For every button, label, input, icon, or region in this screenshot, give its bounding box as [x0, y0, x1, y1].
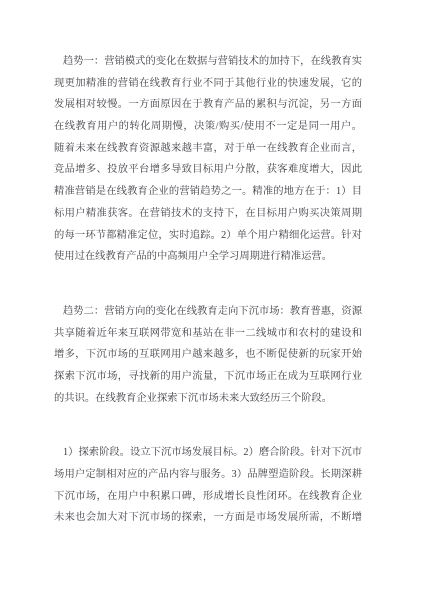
- paragraph-trend-1: 趋势一：营销模式的变化在数据与营销技术的加持下，在线教育实现更加精准的营销在线教…: [54, 51, 362, 268]
- text-line: 现更加精准的营销在线教育行业不同于其他行业的快速发展，它的: [54, 73, 362, 95]
- text-line: 的每一环节都精准定位，实时追踪。2）单个用户精细化运营。针对: [54, 225, 362, 247]
- text-line: 在线教育用户的转化周期慢，决策/购买/使用不一定是同一用户。: [54, 116, 362, 138]
- text-line: 使用过在线教育产品的中高频用户全学习周期进行精准运营。: [54, 246, 362, 268]
- text-line: 增多，下沉市场的互联网用户越来越多，也不断促使新的玩家开始: [54, 344, 362, 366]
- text-line: 精准营销是在线教育企业的营销趋势之一。精准的地方在于：1）目: [54, 181, 362, 203]
- text-line: 标用户精准获客。在营销技术的支持下，在目标用户购买决策周期: [54, 203, 362, 225]
- document-page: 趋势一：营销模式的变化在数据与营销技术的加持下，在线教育实现更加精准的营销在线教…: [0, 0, 424, 600]
- text-line: 竞品增多、投放平台增多导致目标用户分散，获客难度增大，因此: [54, 159, 362, 181]
- text-line: 探索下沉市场，寻找新的用户流量，下沉市场正在成为互联网行业: [54, 366, 362, 388]
- paragraph-stages: 1）探索阶段。设立下沉市场发展目标。2）磨合阶段。针对下沉市场用户定制相对应的产…: [54, 442, 362, 529]
- text-line: 趋势一：营销模式的变化在数据与营销技术的加持下，在线教育实: [54, 51, 362, 73]
- text-line: 随着未来在线教育资源越来越丰富，对于单一在线教育企业而言，: [54, 138, 362, 160]
- text-line: 未来也会加大对下沉市场的探索，一方面是市场发展所需，不断增: [54, 507, 362, 529]
- text-line: 发展相对较慢。一方面原因在于教育产品的累积与沉淀，另一方面: [54, 94, 362, 116]
- text-line: 趋势二：营销方向的变化在线教育走向下沉市场：教育普惠，资源: [54, 301, 362, 323]
- text-line: 的共识。在线教育企业探索下沉市场未来大致经历三个阶段。: [54, 388, 362, 410]
- text-line: 共享随着近年来互联网带宽和基站在非一二线城市和农村的建设和: [54, 323, 362, 345]
- text-line: 下沉市场，在用户中积累口碑，形成增长良性闭环。在线教育企业: [54, 486, 362, 508]
- paragraph-trend-2: 趋势二：营销方向的变化在线教育走向下沉市场：教育普惠，资源共享随着近年来互联网带…: [54, 301, 362, 409]
- text-line: 1）探索阶段。设立下沉市场发展目标。2）磨合阶段。针对下沉市: [54, 442, 362, 464]
- text-line: 场用户定制相对应的产品内容与服务。3）品牌塑造阶段。长期深耕: [54, 464, 362, 486]
